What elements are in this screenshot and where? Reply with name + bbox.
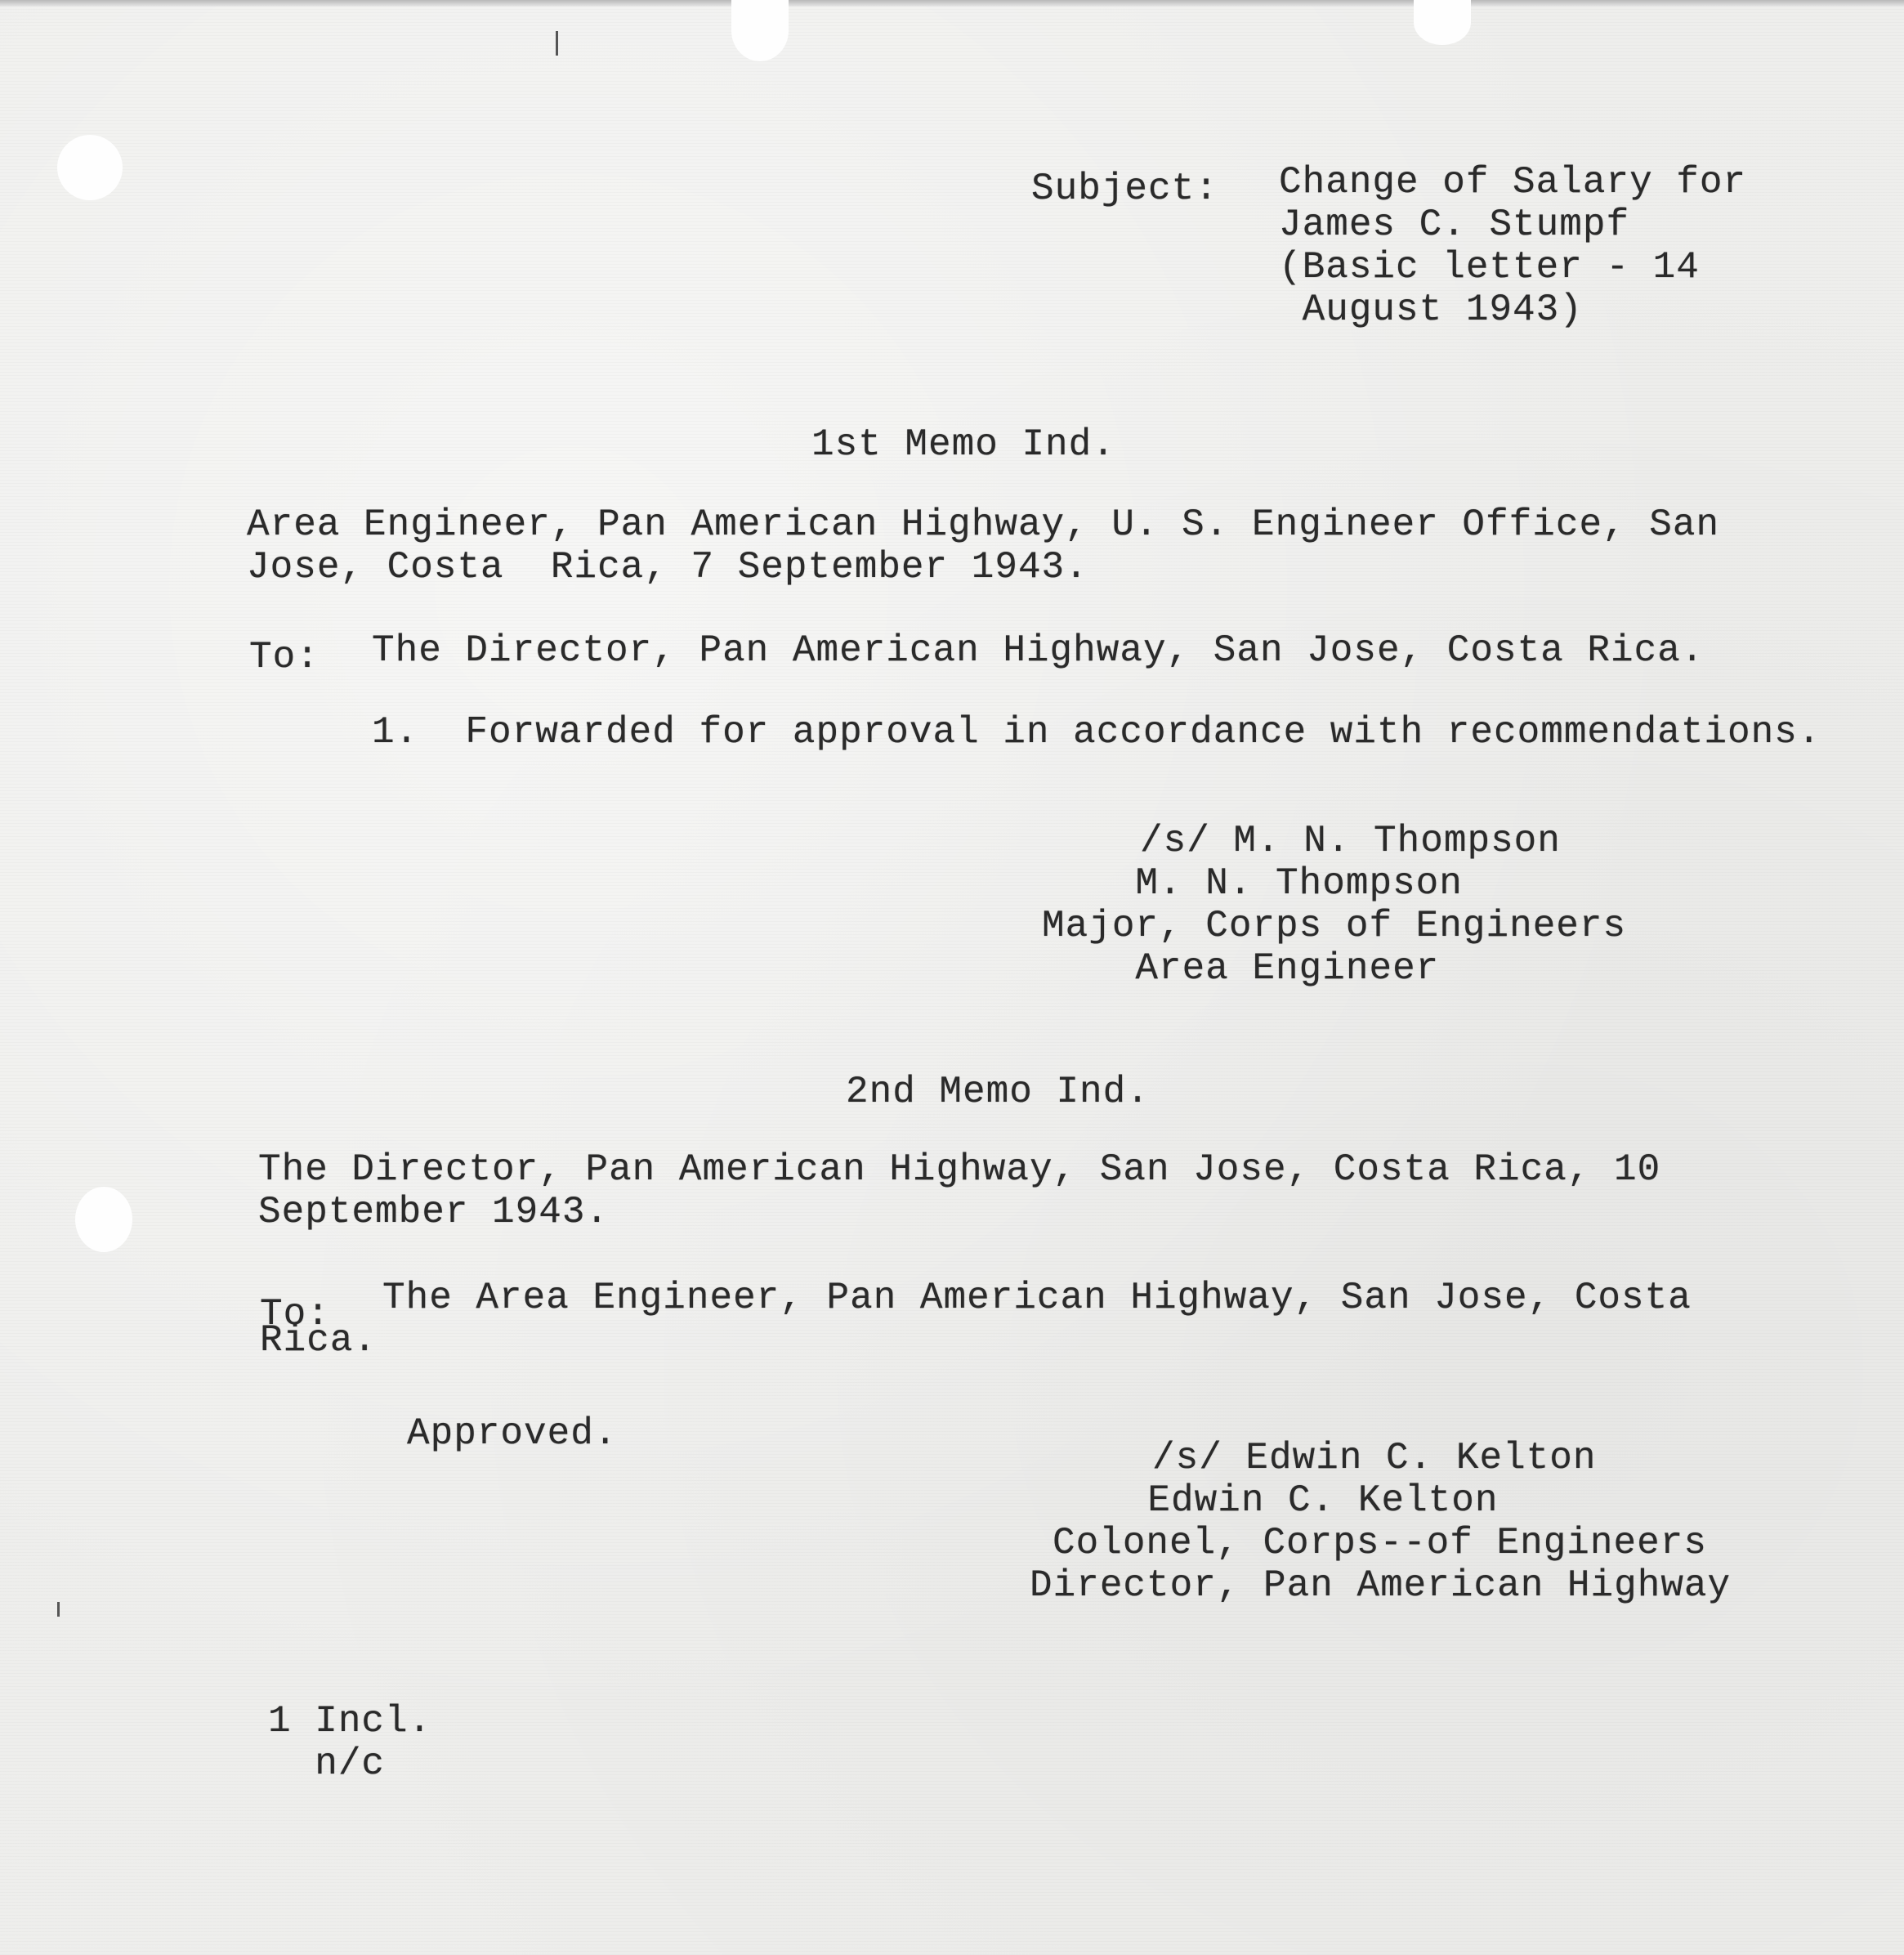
first-paragraph: 1. Forwarded for approval in accordance … — [372, 711, 1821, 754]
punch-hole — [1414, 0, 1471, 45]
enclosure-line: 1 Incl. — [268, 1700, 431, 1742]
second-indorsement-from: The Director, Pan American Highway, San … — [258, 1148, 1660, 1233]
signature-line: /s/ M. N. Thompson — [1042, 820, 1626, 862]
second-to-text: The Area Engineer, Pan American Highway,… — [260, 1277, 1692, 1362]
to-line: The Area Engineer, Pan American Highway,… — [260, 1277, 1692, 1319]
subject-line: August 1943) — [1279, 289, 1746, 331]
second-paragraph: Approved. — [407, 1412, 617, 1455]
from-line: Jose, Costa Rica, 7 September 1943. — [247, 546, 1719, 588]
punch-hole — [75, 1187, 132, 1252]
from-line: The Director, Pan American Highway, San … — [258, 1148, 1660, 1191]
punch-hole — [731, 0, 789, 61]
to-line: Rica. — [260, 1319, 1692, 1362]
second-indorsement-heading: 2nd Memo Ind. — [846, 1071, 1150, 1113]
signature-line: Colonel, Corps--of Engineers — [1030, 1522, 1731, 1564]
subject-line: James C. Stumpf — [1279, 204, 1746, 246]
subject-line: (Basic letter - 14 — [1279, 246, 1746, 289]
first-signature-block: /s/ M. N. Thompson M. N. Thompson Major,… — [1042, 820, 1626, 990]
enclosure-line: n/c — [268, 1742, 431, 1785]
stray-mark — [556, 31, 558, 56]
first-to-text: The Director, Pan American Highway, San … — [372, 629, 1704, 672]
first-indorsement-from: Area Engineer, Pan American Highway, U. … — [247, 503, 1719, 588]
from-line: September 1943. — [258, 1191, 1660, 1233]
subject-text: Change of Salary for James C. Stumpf (Ba… — [1279, 161, 1746, 331]
signature-line: M. N. Thompson — [1042, 862, 1626, 905]
signature-line: Area Engineer — [1042, 947, 1626, 990]
punch-hole — [57, 135, 123, 200]
signature-line: Major, Corps of Engineers — [1042, 905, 1626, 947]
from-line: Area Engineer, Pan American Highway, U. … — [247, 503, 1719, 546]
subject-label: Subject: — [1031, 168, 1218, 210]
signature-line: Director, Pan American Highway — [1030, 1564, 1731, 1607]
stray-mark — [57, 1602, 60, 1617]
signature-line: Edwin C. Kelton — [1030, 1479, 1731, 1522]
first-indorsement-heading: 1st Memo Ind. — [811, 423, 1115, 466]
subject-line: Change of Salary for — [1279, 161, 1746, 204]
enclosure-note: 1 Incl. n/c — [268, 1700, 431, 1785]
signature-line: /s/ Edwin C. Kelton — [1030, 1437, 1731, 1479]
first-to-label: To: — [249, 636, 320, 678]
page-top-edge — [0, 0, 1904, 7]
second-signature-block: /s/ Edwin C. Kelton Edwin C. Kelton Colo… — [1030, 1437, 1731, 1607]
